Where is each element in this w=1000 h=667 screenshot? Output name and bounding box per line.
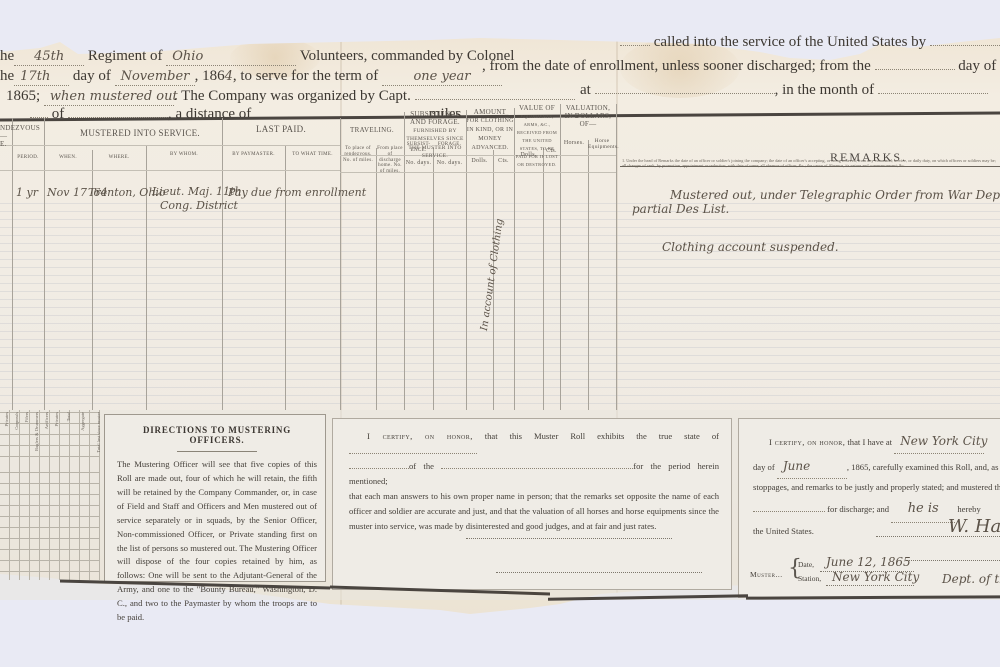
subheader-cts: Cts. bbox=[493, 158, 514, 165]
column-divider bbox=[588, 140, 589, 410]
header-line-2: he17th day of November, 1864, to serve f… bbox=[0, 68, 502, 86]
text-fragment: he bbox=[0, 48, 14, 64]
header-divider bbox=[0, 170, 340, 171]
text-fragment: at bbox=[580, 82, 591, 98]
text-fragment: stoppages, and remarks to be justly and … bbox=[753, 482, 1000, 492]
regiment-number: 45th bbox=[28, 49, 70, 64]
divider bbox=[177, 451, 257, 452]
text-fragment: , to serve for the term bbox=[233, 68, 362, 84]
header-amount: AMOUNTfor clothing in kind, or in money … bbox=[466, 108, 514, 152]
text-fragment: that I have at bbox=[847, 437, 892, 447]
muster-label: Muster... bbox=[750, 570, 783, 579]
column-divider bbox=[543, 148, 544, 410]
subheader-to-what-time: TO WHAT TIME. bbox=[285, 152, 340, 158]
entry-period: 1 yr bbox=[16, 186, 38, 199]
column-divider bbox=[222, 118, 223, 410]
muster-month: June bbox=[777, 459, 816, 473]
entry-last-paid: Pay due from enrollment bbox=[228, 186, 366, 199]
text-fragment: of bbox=[366, 68, 379, 84]
text-fragment: equipments, arms, &c., received from the… bbox=[516, 114, 558, 167]
header-rendezvous: NDEZVOUS—E. bbox=[0, 124, 40, 148]
text-fragment: called into the service of the United St… bbox=[654, 34, 926, 50]
remarks-note: 1. Under the head of Remarks the date of… bbox=[622, 158, 1000, 169]
subheader-to-place: To place of rendezvous. No. of miles. bbox=[340, 146, 376, 163]
company-certification: I certify, on honor, that this Muster Ro… bbox=[332, 418, 732, 590]
subheader-where: WHERE. bbox=[92, 155, 146, 161]
mustered-out-note: when mustered out bbox=[44, 89, 184, 104]
text-fragment: VALUATION, bbox=[566, 104, 610, 112]
certification-text: I certify, on honor, that this Muster Ro… bbox=[349, 429, 719, 534]
directions-body: The Mustering Officer will see that five… bbox=[117, 458, 317, 625]
summary-header: Fifers bbox=[24, 412, 29, 423]
summary-header: Artificers bbox=[44, 412, 49, 429]
subheader-horse-equipments: Horse Equipments. bbox=[588, 138, 616, 151]
header-line-3b: at , in the month of bbox=[580, 82, 988, 99]
directions-box: DIRECTIONS TO MUSTERING OFFICERS. The Mu… bbox=[104, 414, 326, 582]
summary-header: Buglers & Drummers bbox=[34, 412, 39, 451]
term-of-service: one year bbox=[407, 69, 476, 84]
summary-header: Corporals bbox=[14, 412, 19, 430]
subheader-subsistence: SUBSIST-ENCE. bbox=[404, 142, 433, 154]
signature-line[interactable] bbox=[466, 538, 672, 539]
summary-header: Aggregate bbox=[80, 412, 85, 431]
subheader-by-whom: BY WHOM. bbox=[146, 152, 222, 158]
column-divider bbox=[285, 145, 286, 410]
header-line-2b: , from the date of enrollment, unless so… bbox=[482, 58, 1000, 75]
entry-remark-3: Clothing account suspended. bbox=[662, 240, 839, 254]
text-fragment: day of bbox=[73, 68, 111, 84]
text-fragment: that each man answers to his own proper … bbox=[349, 491, 719, 531]
summary-header: Total bbox=[66, 412, 71, 421]
text-fragment: NDEZVOUS— bbox=[0, 124, 40, 140]
subheader-no-days: No. days. bbox=[433, 160, 466, 167]
summary-header: Privates bbox=[54, 412, 59, 427]
officer-signature: W. Ham bbox=[948, 516, 1000, 537]
muster-station: New York City bbox=[832, 570, 919, 584]
text-fragment: 186 bbox=[202, 68, 225, 84]
text-fragment: E. bbox=[0, 140, 7, 148]
subheader-from-place: From place of discharge home. No. of mil… bbox=[376, 146, 404, 175]
column-divider bbox=[560, 104, 561, 410]
date-label: Date, bbox=[798, 560, 814, 569]
text-fragment: for discharge; and bbox=[827, 504, 889, 514]
subheader-when: WHEN. bbox=[44, 155, 92, 161]
subheader-horses: Horses. bbox=[560, 140, 588, 147]
summary-header: Total lost since muster bbox=[96, 412, 101, 453]
entry-remark-1: Mustered out, under Telegraphic Order fr… bbox=[670, 188, 1000, 202]
column-divider bbox=[44, 118, 45, 410]
subheader-period: PERIOD. bbox=[12, 155, 44, 161]
header-mustered-into-service: MUSTERED INTO SERVICE. bbox=[60, 128, 220, 138]
text-fragment: , from the date of enrollment, unless so… bbox=[482, 58, 871, 74]
subheader-no-days: No. days. bbox=[404, 160, 433, 167]
text-fragment: he bbox=[0, 68, 14, 84]
column-divider bbox=[433, 148, 434, 410]
enrollment-day: 17th bbox=[14, 69, 56, 84]
text-fragment: for the period herein mentioned; bbox=[349, 461, 719, 486]
text-fragment: 1865 bbox=[6, 88, 36, 104]
header-traveling: TRAVELING. bbox=[340, 126, 404, 134]
enrollment-month: November bbox=[115, 69, 196, 84]
signature-line[interactable] bbox=[496, 572, 702, 573]
entry-remark-2: partial Des List. bbox=[632, 202, 729, 216]
text-fragment: The Company was organized by Capt. bbox=[181, 88, 411, 104]
text-fragment: for clothing in kind, or in money advanc… bbox=[466, 118, 513, 151]
header-line-1: he45th Regiment of Ohio Volunteers, comm… bbox=[0, 48, 514, 66]
subheader-dolls: Dolls. bbox=[514, 152, 543, 159]
header-line-3: 1865; when mustered out. The Company was… bbox=[6, 88, 575, 106]
signature-line[interactable] bbox=[876, 536, 1000, 537]
text-fragment: Regiment of bbox=[88, 48, 163, 64]
text-fragment: hereby bbox=[957, 504, 980, 514]
text-fragment: SUBSISTENCE AND FORAGE. bbox=[410, 110, 460, 126]
text-fragment: the United States. bbox=[753, 526, 814, 536]
text-fragment: of the bbox=[409, 461, 434, 471]
text-fragment: day of bbox=[753, 462, 775, 472]
column-divider bbox=[376, 148, 377, 410]
summary-header: Privates bbox=[4, 412, 9, 427]
text-fragment: AMOUNT bbox=[474, 108, 507, 116]
summary-grid bbox=[0, 410, 100, 580]
subheader-cts: Cts. bbox=[543, 148, 560, 155]
entry-by-whom-2: Cong. District bbox=[160, 199, 238, 212]
remarks-instructions: 1. Under the head of Remarks the date of… bbox=[622, 158, 1000, 169]
text-fragment: , carefully examined this Roll, and, as … bbox=[868, 462, 1000, 472]
text-fragment: 1865 bbox=[851, 462, 868, 472]
header-divider bbox=[0, 145, 340, 146]
signature-line[interactable] bbox=[906, 560, 1000, 561]
subheader-dolls: Dolls. bbox=[466, 158, 493, 165]
header-last-paid: LAST PAID. bbox=[222, 124, 340, 134]
text-fragment: VALUE OF bbox=[519, 104, 555, 112]
state-name: Ohio bbox=[166, 49, 209, 64]
header-valuation: VALUATION,in dollars, of— bbox=[560, 104, 616, 128]
subheader-by-paymaster: BY PAYMASTER. bbox=[222, 152, 285, 158]
text-fragment: day of bbox=[958, 58, 996, 74]
header-line-1b: called into the service of the United St… bbox=[620, 34, 1000, 51]
muster-place: New York City bbox=[894, 434, 993, 448]
text-fragment: in dollars, of— bbox=[565, 112, 611, 128]
station-line bbox=[826, 585, 914, 586]
column-divider bbox=[12, 118, 13, 410]
text-fragment: I certify, on honor, bbox=[367, 431, 473, 441]
text-fragment: , in the month of bbox=[775, 82, 875, 98]
subheader-forage: FORAGE. bbox=[433, 142, 466, 148]
text-fragment: that this Muster Roll exhibits the true … bbox=[485, 431, 719, 441]
muster-date: June 12, 1865 bbox=[826, 555, 911, 569]
he-is: he is bbox=[902, 501, 945, 516]
department: Dept. of th bbox=[942, 572, 1000, 586]
directions-title: DIRECTIONS TO MUSTERING OFFICERS. bbox=[117, 425, 317, 445]
enrollment-year-digit: 4 bbox=[225, 69, 233, 84]
text-fragment: I certify, on honor, bbox=[769, 437, 845, 447]
station-label: Station, bbox=[798, 574, 821, 583]
